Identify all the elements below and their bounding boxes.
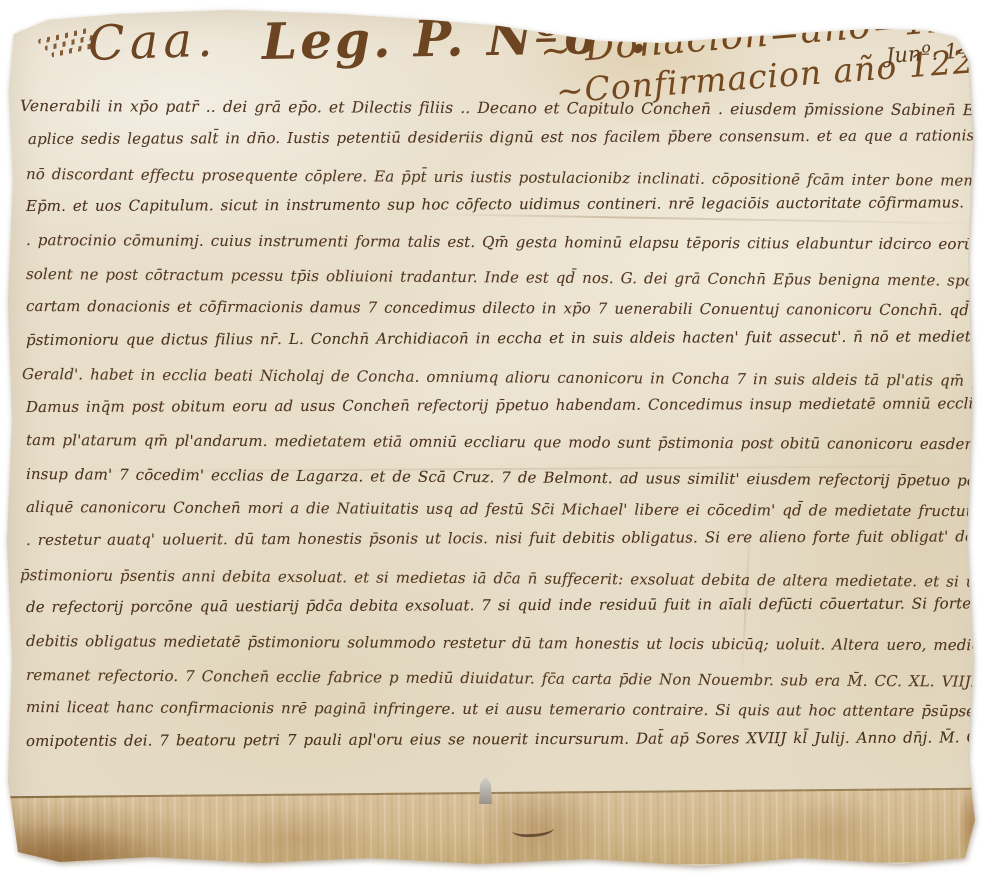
text-line: Ep̄m. et uos Capitulum. sicut in instrum… <box>26 187 980 224</box>
text-line: Damus inq̄m post obitum eoru ad usus Con… <box>26 387 980 424</box>
text-line: . patrocinio cōmunimj. cuius instrumenti… <box>26 224 980 262</box>
text-line: de refectorij porcōne quā uestiarij p̄dc… <box>26 587 980 624</box>
photo-background: Caa. Leg. P. Nº6º. ~ Donacion=año=1210 ~… <box>0 0 1000 882</box>
text-line: debitis obligatus medietatē p̄stimonioru… <box>26 625 980 663</box>
text-line: . restetur auatq' uoluerit. dū tam hones… <box>26 521 980 558</box>
plica-fold <box>6 788 979 870</box>
text-line: tam pl'atarum qm̄ pl'andarum. medietatem… <box>26 424 980 462</box>
parchment-wrap: Caa. Leg. P. Nº6º. ~ Donacion=año=1210 ~… <box>0 0 1000 882</box>
shelfmark-caa: Caa. <box>87 12 218 72</box>
text-line: p̄stimonioru que dictus filius nr̄. L. C… <box>26 320 980 357</box>
text-line: aplice sedis legatus salt̄ in dn̄o. Iust… <box>28 120 980 157</box>
parchment-charter: Caa. Leg. P. Nº6º. ~ Donacion=año=1210 ~… <box>0 0 1000 882</box>
parchment-stitch-icon <box>479 777 492 804</box>
charter-text: Venerabili in xp̄o patr̄ .. dei grā ep̄o… <box>26 90 980 758</box>
text-line: omipotentis dei. 7 beatoru petri 7 pauli… <box>26 721 980 758</box>
